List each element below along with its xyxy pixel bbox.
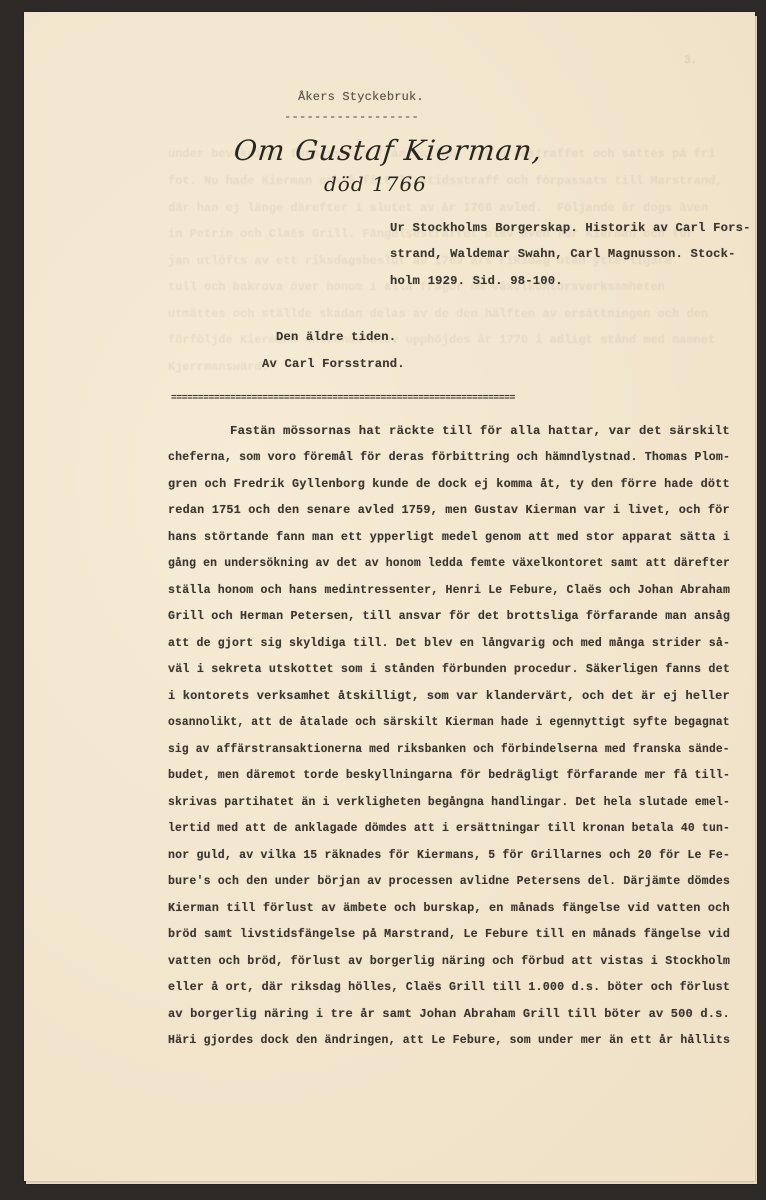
citation-line: strand, Waldemar Swahn, Carl Magnusson. … xyxy=(390,247,736,261)
body-line: osannolikt, att de åtalade och särskilt … xyxy=(168,715,730,729)
ghost-line: fot. Nu hade Kierman också fått livstids… xyxy=(168,174,723,188)
body-line: Grill och Herman Petersen, till ansvar f… xyxy=(168,609,730,623)
body-line: eller å ort, där riksdag hölles, Claës G… xyxy=(168,980,730,994)
body-line: väl i sekreta utskottet som i stånden fö… xyxy=(168,662,730,676)
body-line: ställa honom och hans medintressenter, H… xyxy=(168,583,730,597)
body-line: budet, men däremot torde beskyllningarna… xyxy=(168,768,730,782)
body-line: gren och Fredrik Gyllenborg kunde de doc… xyxy=(168,477,730,491)
body-line: bröd samt livstidsfängelse på Marstrand,… xyxy=(168,927,730,941)
body-line: Häri gjordes dock den ändringen, att Le … xyxy=(168,1033,730,1047)
body-line: gång en undersökning av det av honom led… xyxy=(168,556,730,570)
body-line: vatten och bröd, förlust av borgerlig nä… xyxy=(168,954,730,968)
body-line: av borgerlig näring i tre år samt Johan … xyxy=(168,1007,730,1021)
document-header-title: Åkers Styckebruk. xyxy=(298,90,424,104)
body-line: nor guld, av vilka 15 räknades för Kierm… xyxy=(168,848,730,862)
section-author: Av Carl Forsstrand. xyxy=(262,357,405,371)
document-page: 3. under bevakning, förpassades från vat… xyxy=(24,12,755,1181)
citation-line: holm 1929. Sid. 98-100. xyxy=(390,274,563,288)
ghost-line: förföljde Kiermans anseende blev upphöjd… xyxy=(168,333,715,347)
body-line: i kontorets verksamhet åtskilligt, som v… xyxy=(168,689,730,703)
ghost-line: utmättes och ställde skadan delas av de … xyxy=(168,307,708,321)
section-heading: Den äldre tiden. xyxy=(276,330,396,344)
ghost-line: Kjerrmanswärd. xyxy=(168,360,269,374)
body-line: bure's och den under början av processen… xyxy=(168,874,730,888)
body-line: att de gjort sig skyldiga till. Det blev… xyxy=(168,636,730,650)
body-line: lertid med att de anklagade dömdes att i… xyxy=(168,821,730,835)
body-line: redan 1751 och den senare avled 1759, me… xyxy=(168,503,730,517)
handwritten-subtitle: död 1766 xyxy=(324,172,427,196)
separator-line: ========================================… xyxy=(171,392,515,403)
ghost-line: där han ej länge därefter i slutet av år… xyxy=(168,201,708,215)
body-line: Kierman till förlust av ämbete och bursk… xyxy=(168,901,730,915)
header-underline: ------------------ xyxy=(284,110,419,124)
page-number-ghost: 3. xyxy=(684,55,697,67)
handwritten-title: Om Gustaf Kierman, xyxy=(232,134,544,167)
body-line: Fastän mössornas hat räckte till för all… xyxy=(230,424,730,438)
body-line: sig av affärstransaktionerna med riksban… xyxy=(168,742,730,756)
body-line: cheferna, som voro föremål för deras för… xyxy=(168,450,730,464)
body-line: skrivas partihatet än i verkligheten beg… xyxy=(168,795,730,809)
body-line: hans störtande fann man ett ypperligt me… xyxy=(168,530,730,544)
citation-line: Ur Stockholms Borgerskap. Historik av Ca… xyxy=(390,221,751,235)
